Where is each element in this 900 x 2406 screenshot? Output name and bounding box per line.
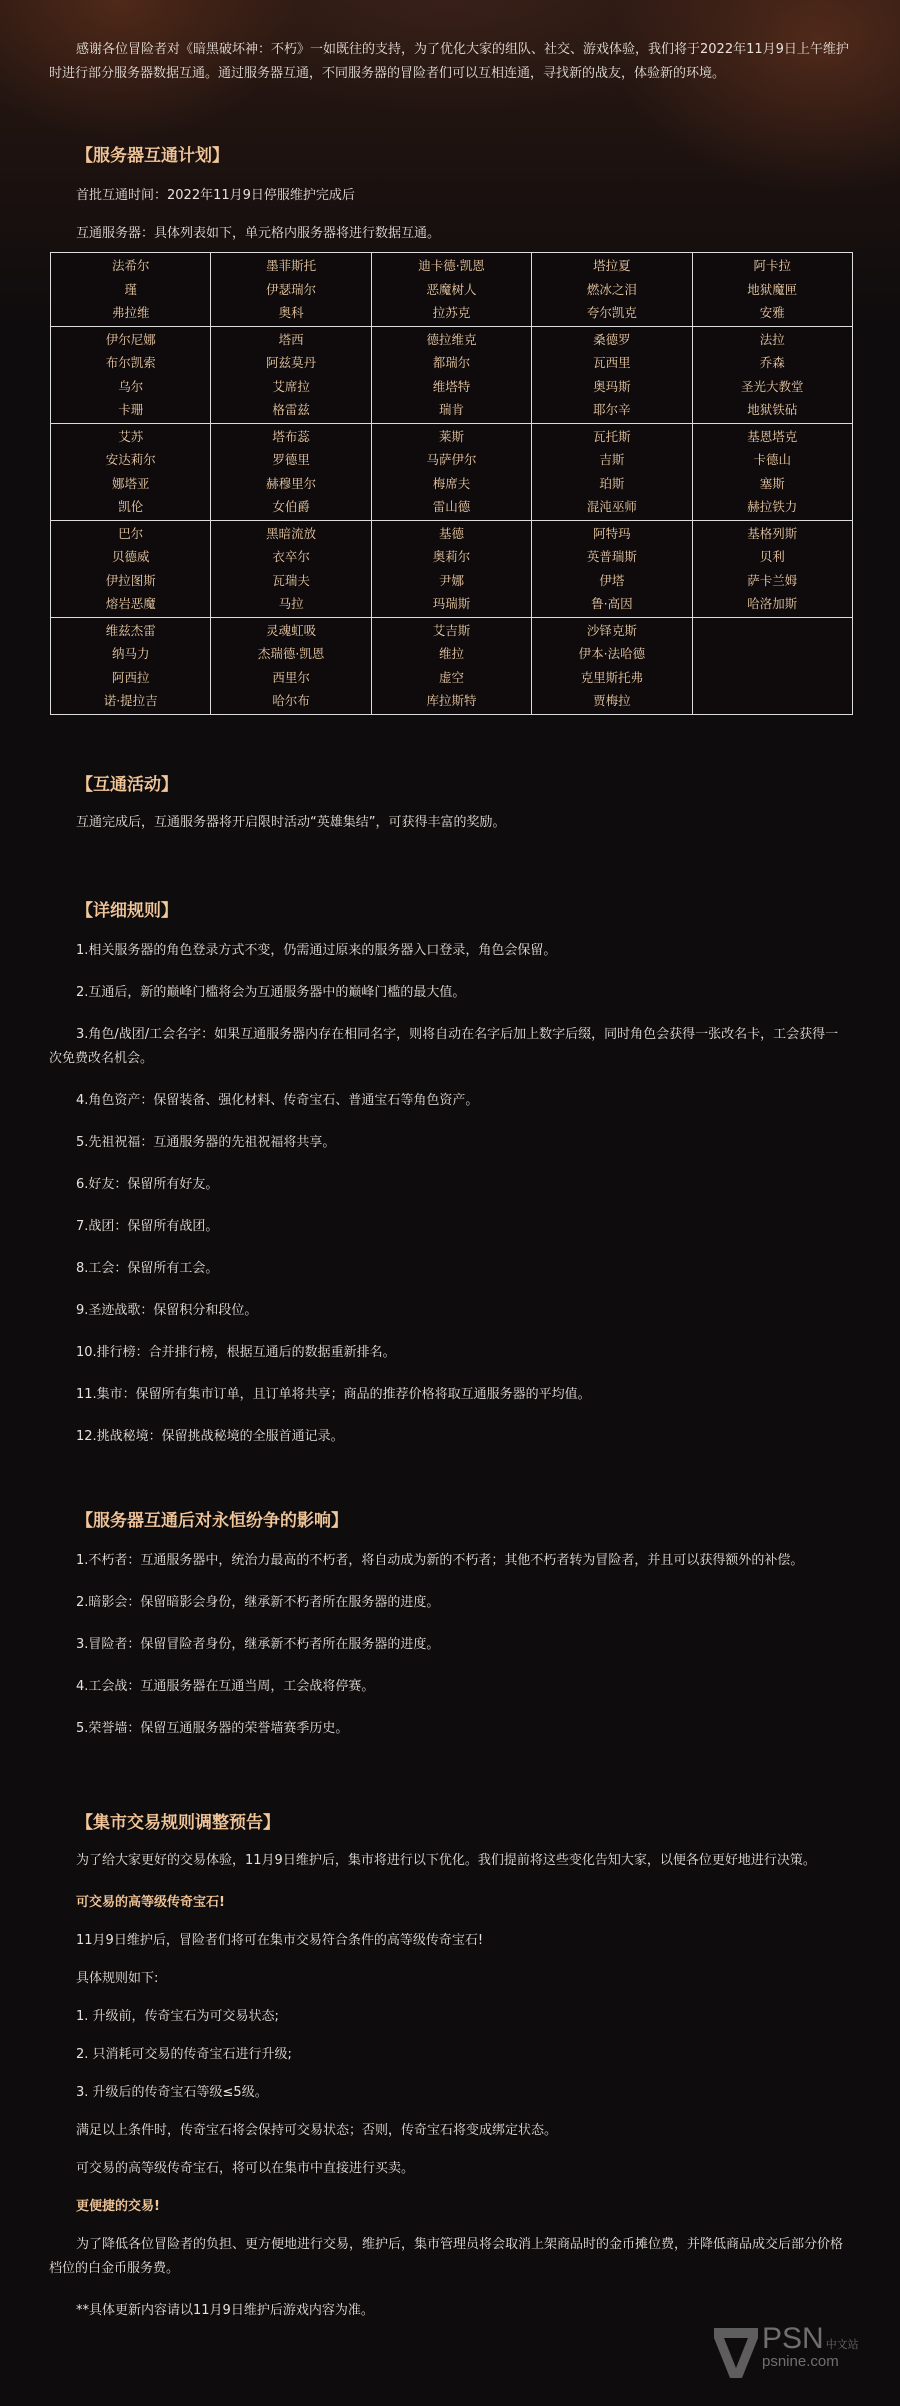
server-name: 德拉维克	[372, 328, 531, 352]
server-group-cell: 艾苏安达莉尔娜塔亚凯伦	[51, 423, 211, 520]
server-group-cell: 艾吉斯维拉虚空库拉斯特	[371, 617, 531, 714]
conflict-item: 5.荣誉墙：保留互通服务器的荣誉墙赛季历史。	[49, 1717, 850, 1741]
server-name: 基德	[372, 522, 531, 546]
watermark-url: psnine.com	[762, 2354, 859, 2370]
server-name: 燃冰之泪	[532, 278, 691, 302]
server-group-cell: 伊尔尼娜布尔凯索乌尔卡珊	[51, 326, 211, 423]
server-name: 萨卡兰姆	[693, 569, 852, 593]
market-tradeable: 可交易的高等级传奇宝石，将可以在集市中直接进行买卖。	[76, 2157, 850, 2181]
server-name: 罗德里	[211, 448, 370, 472]
server-name: 虚空	[372, 666, 531, 690]
server-name: 伊尔尼娜	[51, 328, 210, 352]
server-name: 圣光大教堂	[693, 375, 852, 399]
server-name: 艾席拉	[211, 375, 370, 399]
server-name: 克里斯托弗	[532, 666, 691, 690]
server-group-cell: 桑德罗瓦西里奥玛斯耶尔辛	[532, 326, 692, 423]
section-title-market: 【集市交易规则调整预告】	[76, 1811, 850, 1835]
conflict-item: 3.冒险者：保留冒险者身份，继承新不朽者所在服务器的进度。	[49, 1633, 850, 1657]
rule-item: 4.角色资产：保留装备、强化材料、传奇宝石、普通宝石等角色资产。	[49, 1089, 850, 1113]
server-group-cell: 黑暗流放衣卒尔瓦瑞夫马拉	[211, 520, 371, 617]
server-group-cell: 阿卡拉地狱魔匣安雅	[692, 253, 852, 327]
server-name: 安达莉尔	[51, 448, 210, 472]
market-rules-label: 具体规则如下:	[76, 1967, 850, 1991]
server-name: 伊拉图斯	[51, 569, 210, 593]
rule-item: 1.相关服务器的角色登录方式不变，仍需通过原来的服务器入口登录，角色会保留。	[49, 939, 850, 963]
server-name: 恶魔树人	[372, 278, 531, 302]
server-name: 梅席夫	[372, 472, 531, 496]
section-title-rules: 【详细规则】	[76, 899, 850, 923]
rule-item: 11.集市：保留所有集市订单，且订单将共享；商品的推荐价格将取互通服务器的平均值…	[49, 1383, 850, 1407]
server-group-cell: 基恩塔克卡德山塞斯赫拉铁力	[692, 423, 852, 520]
server-name: 珀斯	[532, 472, 691, 496]
server-group-cell: 法希尔瑾弗拉维	[51, 253, 211, 327]
server-name: 塔拉夏	[532, 254, 691, 278]
server-group-cell: 灵魂虹吸杰瑞德·凯恩西里尔哈尔布	[211, 617, 371, 714]
server-group-cell: 维兹杰雷纳马力阿西拉诺·提拉吉	[51, 617, 211, 714]
server-name: 法希尔	[51, 254, 210, 278]
server-name: 地狱魔匣	[693, 278, 852, 302]
conflict-item: 4.工会战：互通服务器在互通当周，工会战将停赛。	[49, 1675, 850, 1699]
server-name: 基恩塔克	[693, 425, 852, 449]
server-name: 乔森	[693, 351, 852, 375]
server-name: 凯伦	[51, 495, 210, 519]
server-name: 塔布蕊	[211, 425, 370, 449]
server-name: 奥莉尔	[372, 545, 531, 569]
server-name: 伊本·法哈德	[532, 642, 691, 666]
rule-item: 12.挑战秘境：保留挑战秘境的全服首通记录。	[49, 1425, 850, 1449]
server-group-row: 法希尔瑾弗拉维墨菲斯托伊瑟瑞尔奥科迪卡德·凯恩恶魔树人拉苏克塔拉夏燃冰之泪夸尔凯…	[51, 253, 853, 327]
server-group-row: 伊尔尼娜布尔凯索乌尔卡珊塔西阿兹莫丹艾席拉格雷兹德拉维克都瑞尔维塔特瑞肯桑德罗瓦…	[51, 326, 853, 423]
server-name: 赫穆里尔	[211, 472, 370, 496]
server-name: 夸尔凯克	[532, 301, 691, 325]
conflict-list: 1.不朽者：互通服务器中，统治力最高的不朽者，将自动成为新的不朽者；其他不朽者转…	[49, 1549, 850, 1741]
server-name: 弗拉维	[51, 301, 210, 325]
server-merge-table: 法希尔瑾弗拉维墨菲斯托伊瑟瑞尔奥科迪卡德·凯恩恶魔树人拉苏克塔拉夏燃冰之泪夸尔凯…	[50, 252, 853, 715]
server-name: 雷山德	[372, 495, 531, 519]
server-name: 布尔凯索	[51, 351, 210, 375]
server-name: 拉苏克	[372, 301, 531, 325]
server-name: 法拉	[693, 328, 852, 352]
server-name: 阿特玛	[532, 522, 691, 546]
server-group-cell: 莱斯马萨伊尔梅席夫雷山德	[371, 423, 531, 520]
servers-label: 互通服务器：具体列表如下，单元格内服务器将进行数据互通。	[76, 222, 850, 246]
server-name: 卡德山	[693, 448, 852, 472]
server-name: 艾苏	[51, 425, 210, 449]
server-group-cell: 法拉乔森圣光大教堂地狱铁砧	[692, 326, 852, 423]
server-group-cell: 塔西阿兹莫丹艾席拉格雷兹	[211, 326, 371, 423]
market-rule-item: 1. 升级前，传奇宝石为可交易状态;	[76, 2005, 850, 2029]
rule-item: 9.圣迹战歌：保留积分和段位。	[49, 1299, 850, 1323]
section-title-eternal-conflict: 【服务器互通后对永恒纷争的影响】	[76, 1509, 850, 1533]
market-subheading-gems: 可交易的高等级传奇宝石!	[76, 1891, 850, 1915]
server-name: 塔西	[211, 328, 370, 352]
market-note: **具体更新内容请以11月9日维护后游戏内容为准。	[76, 2299, 850, 2323]
server-name: 维兹杰雷	[51, 619, 210, 643]
rule-item: 10.排行榜：合并排行榜，根据互通后的数据重新排名。	[49, 1341, 850, 1365]
market-rule-item: 3. 升级后的传奇宝石等级≤5级。	[76, 2081, 850, 2105]
server-group-row: 艾苏安达莉尔娜塔亚凯伦塔布蕊罗德里赫穆里尔女伯爵莱斯马萨伊尔梅席夫雷山德瓦托斯吉…	[51, 423, 853, 520]
market-condition: 满足以上条件时，传奇宝石将会保持可交易状态；否则，传奇宝石将变成绑定状态。	[76, 2119, 850, 2143]
server-group-cell: 基德奥莉尔尹娜玛瑞斯	[371, 520, 531, 617]
market-intro: 为了给大家更好的交易体验，11月9日维护后，集市将进行以下优化。我们提前将这些变…	[49, 1849, 850, 1873]
server-name: 伊瑟瑞尔	[211, 278, 370, 302]
conflict-item: 2.暗影会：保留暗影会身份，继承新不朽者所在服务器的进度。	[49, 1591, 850, 1615]
server-name: 马萨伊尔	[372, 448, 531, 472]
psnine-logo-icon	[712, 2324, 760, 2380]
server-name: 灵魂虹吸	[211, 619, 370, 643]
server-group-row: 维兹杰雷纳马力阿西拉诺·提拉吉灵魂虹吸杰瑞德·凯恩西里尔哈尔布艾吉斯维拉虚空库拉…	[51, 617, 853, 714]
rule-item: 8.工会：保留所有工会。	[49, 1257, 850, 1281]
conflict-item: 1.不朽者：互通服务器中，统治力最高的不朽者，将自动成为新的不朽者；其他不朽者转…	[49, 1549, 850, 1573]
server-group-cell: 瓦托斯吉斯珀斯混沌巫师	[532, 423, 692, 520]
server-name: 玛瑞斯	[372, 592, 531, 616]
server-group-cell: 德拉维克都瑞尔维塔特瑞肯	[371, 326, 531, 423]
server-name: 英普瑞斯	[532, 545, 691, 569]
activity-text: 互通完成后，互通服务器将开启限时活动“英雄集结”，可获得丰富的奖励。	[76, 811, 850, 835]
server-group-cell: 迪卡德·凯恩恶魔树人拉苏克	[371, 253, 531, 327]
server-name: 娜塔亚	[51, 472, 210, 496]
server-group-cell	[692, 617, 852, 714]
server-name: 库拉斯特	[372, 689, 531, 713]
server-name: 奥玛斯	[532, 375, 691, 399]
server-name: 艾吉斯	[372, 619, 531, 643]
server-name: 诺·提拉吉	[51, 689, 210, 713]
server-name: 贝利	[693, 545, 852, 569]
server-name: 杰瑞德·凯恩	[211, 642, 370, 666]
server-name: 贝德威	[51, 545, 210, 569]
watermark-brand: PSN	[762, 2322, 824, 2355]
market-gems-text: 11月9日维护后，冒险者们将可在集市交易符合条件的高等级传奇宝石!	[76, 1929, 850, 1953]
section-title-server-plan: 【服务器互通计划】	[76, 144, 850, 168]
intro-paragraph: 感谢各位冒险者对《暗黑破坏神：不朽》一如既往的支持，为了优化大家的组队、社交、游…	[49, 38, 850, 86]
server-name: 阿西拉	[51, 666, 210, 690]
server-name: 女伯爵	[211, 495, 370, 519]
server-group-cell: 塔拉夏燃冰之泪夸尔凯克	[532, 253, 692, 327]
server-name: 尹娜	[372, 569, 531, 593]
server-name: 衣卒尔	[211, 545, 370, 569]
server-name: 赫拉铁力	[693, 495, 852, 519]
server-name: 熔岩恶魔	[51, 592, 210, 616]
server-name: 贾梅拉	[532, 689, 691, 713]
psnine-watermark: PSN中文站 psnine.com	[712, 2324, 859, 2380]
server-name: 纳马力	[51, 642, 210, 666]
server-group-row: 巴尔贝德威伊拉图斯熔岩恶魔黑暗流放衣卒尔瓦瑞夫马拉基德奥莉尔尹娜玛瑞斯阿特玛英普…	[51, 520, 853, 617]
server-name: 沙铎克斯	[532, 619, 691, 643]
server-name: 伊塔	[532, 569, 691, 593]
server-name: 都瑞尔	[372, 351, 531, 375]
server-name: 安雅	[693, 301, 852, 325]
server-name: 耶尔辛	[532, 398, 691, 422]
server-name: 西里尔	[211, 666, 370, 690]
server-group-cell: 阿特玛英普瑞斯伊塔鲁·高因	[532, 520, 692, 617]
server-group-cell: 沙铎克斯伊本·法哈德克里斯托弗贾梅拉	[532, 617, 692, 714]
server-name: 格雷兹	[211, 398, 370, 422]
rule-item: 5.先祖祝福：互通服务器的先祖祝福将共享。	[49, 1131, 850, 1155]
server-name: 迪卡德·凯恩	[372, 254, 531, 278]
server-name: 莱斯	[372, 425, 531, 449]
market-rule-item: 2. 只消耗可交易的传奇宝石进行升级;	[76, 2043, 850, 2067]
rule-item: 7.战团：保留所有战团。	[49, 1215, 850, 1239]
server-name: 基格列斯	[693, 522, 852, 546]
server-name: 黑暗流放	[211, 522, 370, 546]
server-name: 哈洛加斯	[693, 592, 852, 616]
server-name: 哈尔布	[211, 689, 370, 713]
server-name: 鲁·高因	[532, 592, 691, 616]
server-name: 瑞肯	[372, 398, 531, 422]
server-name: 吉斯	[532, 448, 691, 472]
server-name: 奥科	[211, 301, 370, 325]
server-group-cell: 塔布蕊罗德里赫穆里尔女伯爵	[211, 423, 371, 520]
section-title-activity: 【互通活动】	[76, 773, 850, 797]
rule-item: 2.互通后，新的巅峰门槛将会为互通服务器中的巅峰门槛的最大值。	[49, 981, 850, 1005]
server-name: 地狱铁砧	[693, 398, 852, 422]
server-name: 巴尔	[51, 522, 210, 546]
server-group-cell: 基格列斯贝利萨卡兰姆哈洛加斯	[692, 520, 852, 617]
server-name: 桑德罗	[532, 328, 691, 352]
announcement-article: 感谢各位冒险者对《暗黑破坏神：不朽》一如既往的支持，为了优化大家的组队、社交、游…	[0, 0, 900, 2323]
rule-item: 3.角色/战团/工会名字：如果互通服务器内存在相同名字，则将自动在名字后加上数字…	[49, 1023, 850, 1071]
server-name: 塞斯	[693, 472, 852, 496]
server-name: 瓦瑞夫	[211, 569, 370, 593]
watermark-brand-cn: 中文站	[826, 2338, 859, 2351]
server-name: 瓦托斯	[532, 425, 691, 449]
server-name: 阿兹莫丹	[211, 351, 370, 375]
server-name: 瑾	[51, 278, 210, 302]
server-name: 瓦西里	[532, 351, 691, 375]
server-name: 维塔特	[372, 375, 531, 399]
rules-list: 1.相关服务器的角色登录方式不变，仍需通过原来的服务器入口登录，角色会保留。 2…	[49, 939, 850, 1449]
rule-item: 6.好友：保留所有好友。	[49, 1173, 850, 1197]
merge-time: 首批互通时间：2022年11月9日停服维护完成后	[76, 184, 850, 208]
server-name: 阿卡拉	[693, 254, 852, 278]
market-convenient-text: 为了降低各位冒险者的负担、更方便地进行交易，维护后，集市管理员将会取消上架商品时…	[49, 2233, 850, 2281]
server-group-cell: 巴尔贝德威伊拉图斯熔岩恶魔	[51, 520, 211, 617]
server-name: 混沌巫师	[532, 495, 691, 519]
server-name: 维拉	[372, 642, 531, 666]
server-name: 墨菲斯托	[211, 254, 370, 278]
server-group-cell: 墨菲斯托伊瑟瑞尔奥科	[211, 253, 371, 327]
market-subheading-convenient: 更便捷的交易!	[76, 2195, 850, 2219]
server-name: 马拉	[211, 592, 370, 616]
server-name: 乌尔	[51, 375, 210, 399]
server-name: 卡珊	[51, 398, 210, 422]
